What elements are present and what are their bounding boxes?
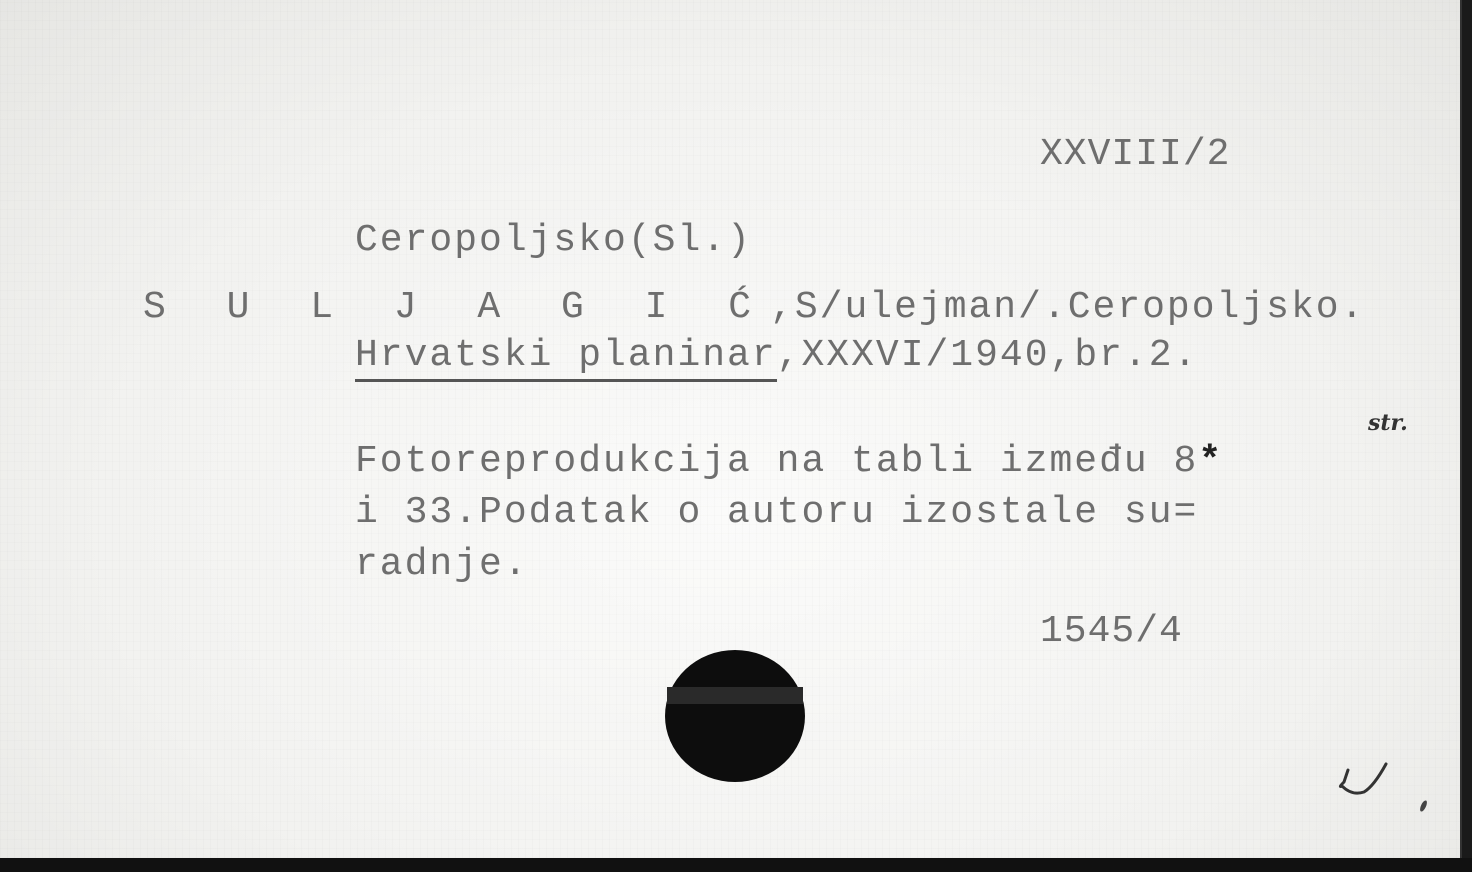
source-details: ,XXXVI/1940,br.2.	[777, 334, 1199, 377]
accession-number: 1545/4	[1040, 613, 1183, 651]
ink-mark	[1419, 800, 1429, 813]
author-given-name-and-title: ,S/ulejman/.Ceropoljsko.	[770, 286, 1365, 329]
asterisk-icon: *	[1198, 440, 1223, 483]
subject-heading: Ceropoljsko(Sl.)	[355, 222, 752, 260]
author-surname: S U L J A G I Ć	[143, 286, 770, 329]
author-line: S U L J A G I Ć,S/ulejman/.Ceropoljsko.	[143, 289, 1365, 327]
call-number: XXVIII/2	[1040, 136, 1230, 174]
handwritten-annotation: str.	[1368, 410, 1408, 436]
note-line-3: radnje.	[355, 546, 529, 584]
source-line: Hrvatski planinar,XXXVI/1940,br.2.	[355, 337, 1198, 375]
scan-edge	[0, 858, 1472, 872]
punch-hole	[665, 650, 805, 782]
note-text-1: Fotoreprodukcija na tabli između 8	[355, 440, 1198, 483]
source-title: Hrvatski planinar	[355, 334, 777, 382]
note-line-2: i 33.Podatak o autoru izostale su=	[355, 494, 1198, 532]
note-line-1: Fotoreprodukcija na tabli između 8*	[355, 443, 1223, 481]
handwritten-initials-icon	[1330, 762, 1390, 802]
catalog-card: XXVIII/2 Ceropoljsko(Sl.) S U L J A G I …	[0, 0, 1462, 858]
